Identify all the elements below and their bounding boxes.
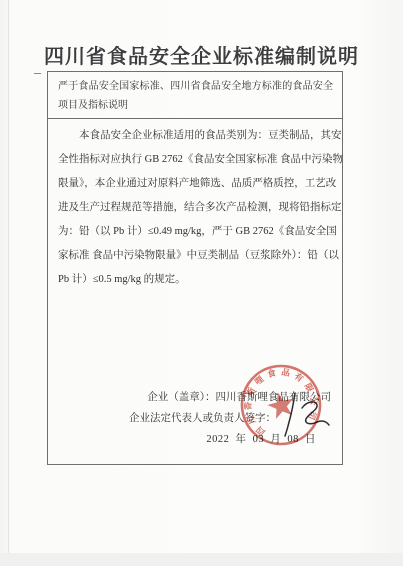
paper-page: 四川省食品安全企业标准编制说明 严于食品安全国家标准、四川省食品安全地方标准的食… xyxy=(0,0,403,553)
scanned-document: 四川省食品安全企业标准编制说明 严于食品安全国家标准、四川省食品安全地方标准的食… xyxy=(0,0,403,566)
body-line: 为：铅（以 Pb 计）≤0.49 mg/kg，严于 GB 2762《食品安全国 xyxy=(58,220,333,244)
box-body-cell: 本食品安全企业标准适用的食品类别为：豆类制品，其安 全性指标对应执行 GB 27… xyxy=(48,119,342,292)
scanner-background-strip xyxy=(0,553,403,566)
pen-mark xyxy=(34,73,41,74)
page-edge-line xyxy=(8,0,9,553)
star-icon xyxy=(265,389,297,420)
header-line: 严于食品安全国家标准、四川省食品安全地方标准的食品安全 xyxy=(58,77,333,96)
body-line: 限量》，本企业通过对原料产地筛选、品质严格质控，工艺改 xyxy=(58,172,333,196)
document-title: 四川省食品安全企业标准编制说明 xyxy=(0,40,403,69)
body-line: 全性指标对应执行 GB 2762《食品安全国家标准 食品中污染物 xyxy=(58,148,333,172)
header-line: 项目及指标说明 xyxy=(58,96,333,115)
box-header-cell: 严于食品安全国家标准、四川省食品安全地方标准的食品安全 项目及指标说明 xyxy=(48,72,342,119)
body-line: Pb 计）≤0.5 mg/kg 的规定。 xyxy=(58,268,333,292)
body-line: 家标准 食品中污染物限量》中豆类制品（豆浆除外）：铅（以 xyxy=(58,244,333,268)
body-line: 进及生产过程规范等措施，结合多次产品检测，现将铅指标定 xyxy=(58,196,333,220)
body-line: 本食品安全企业标准适用的食品类别为：豆类制品，其安 xyxy=(58,124,333,148)
